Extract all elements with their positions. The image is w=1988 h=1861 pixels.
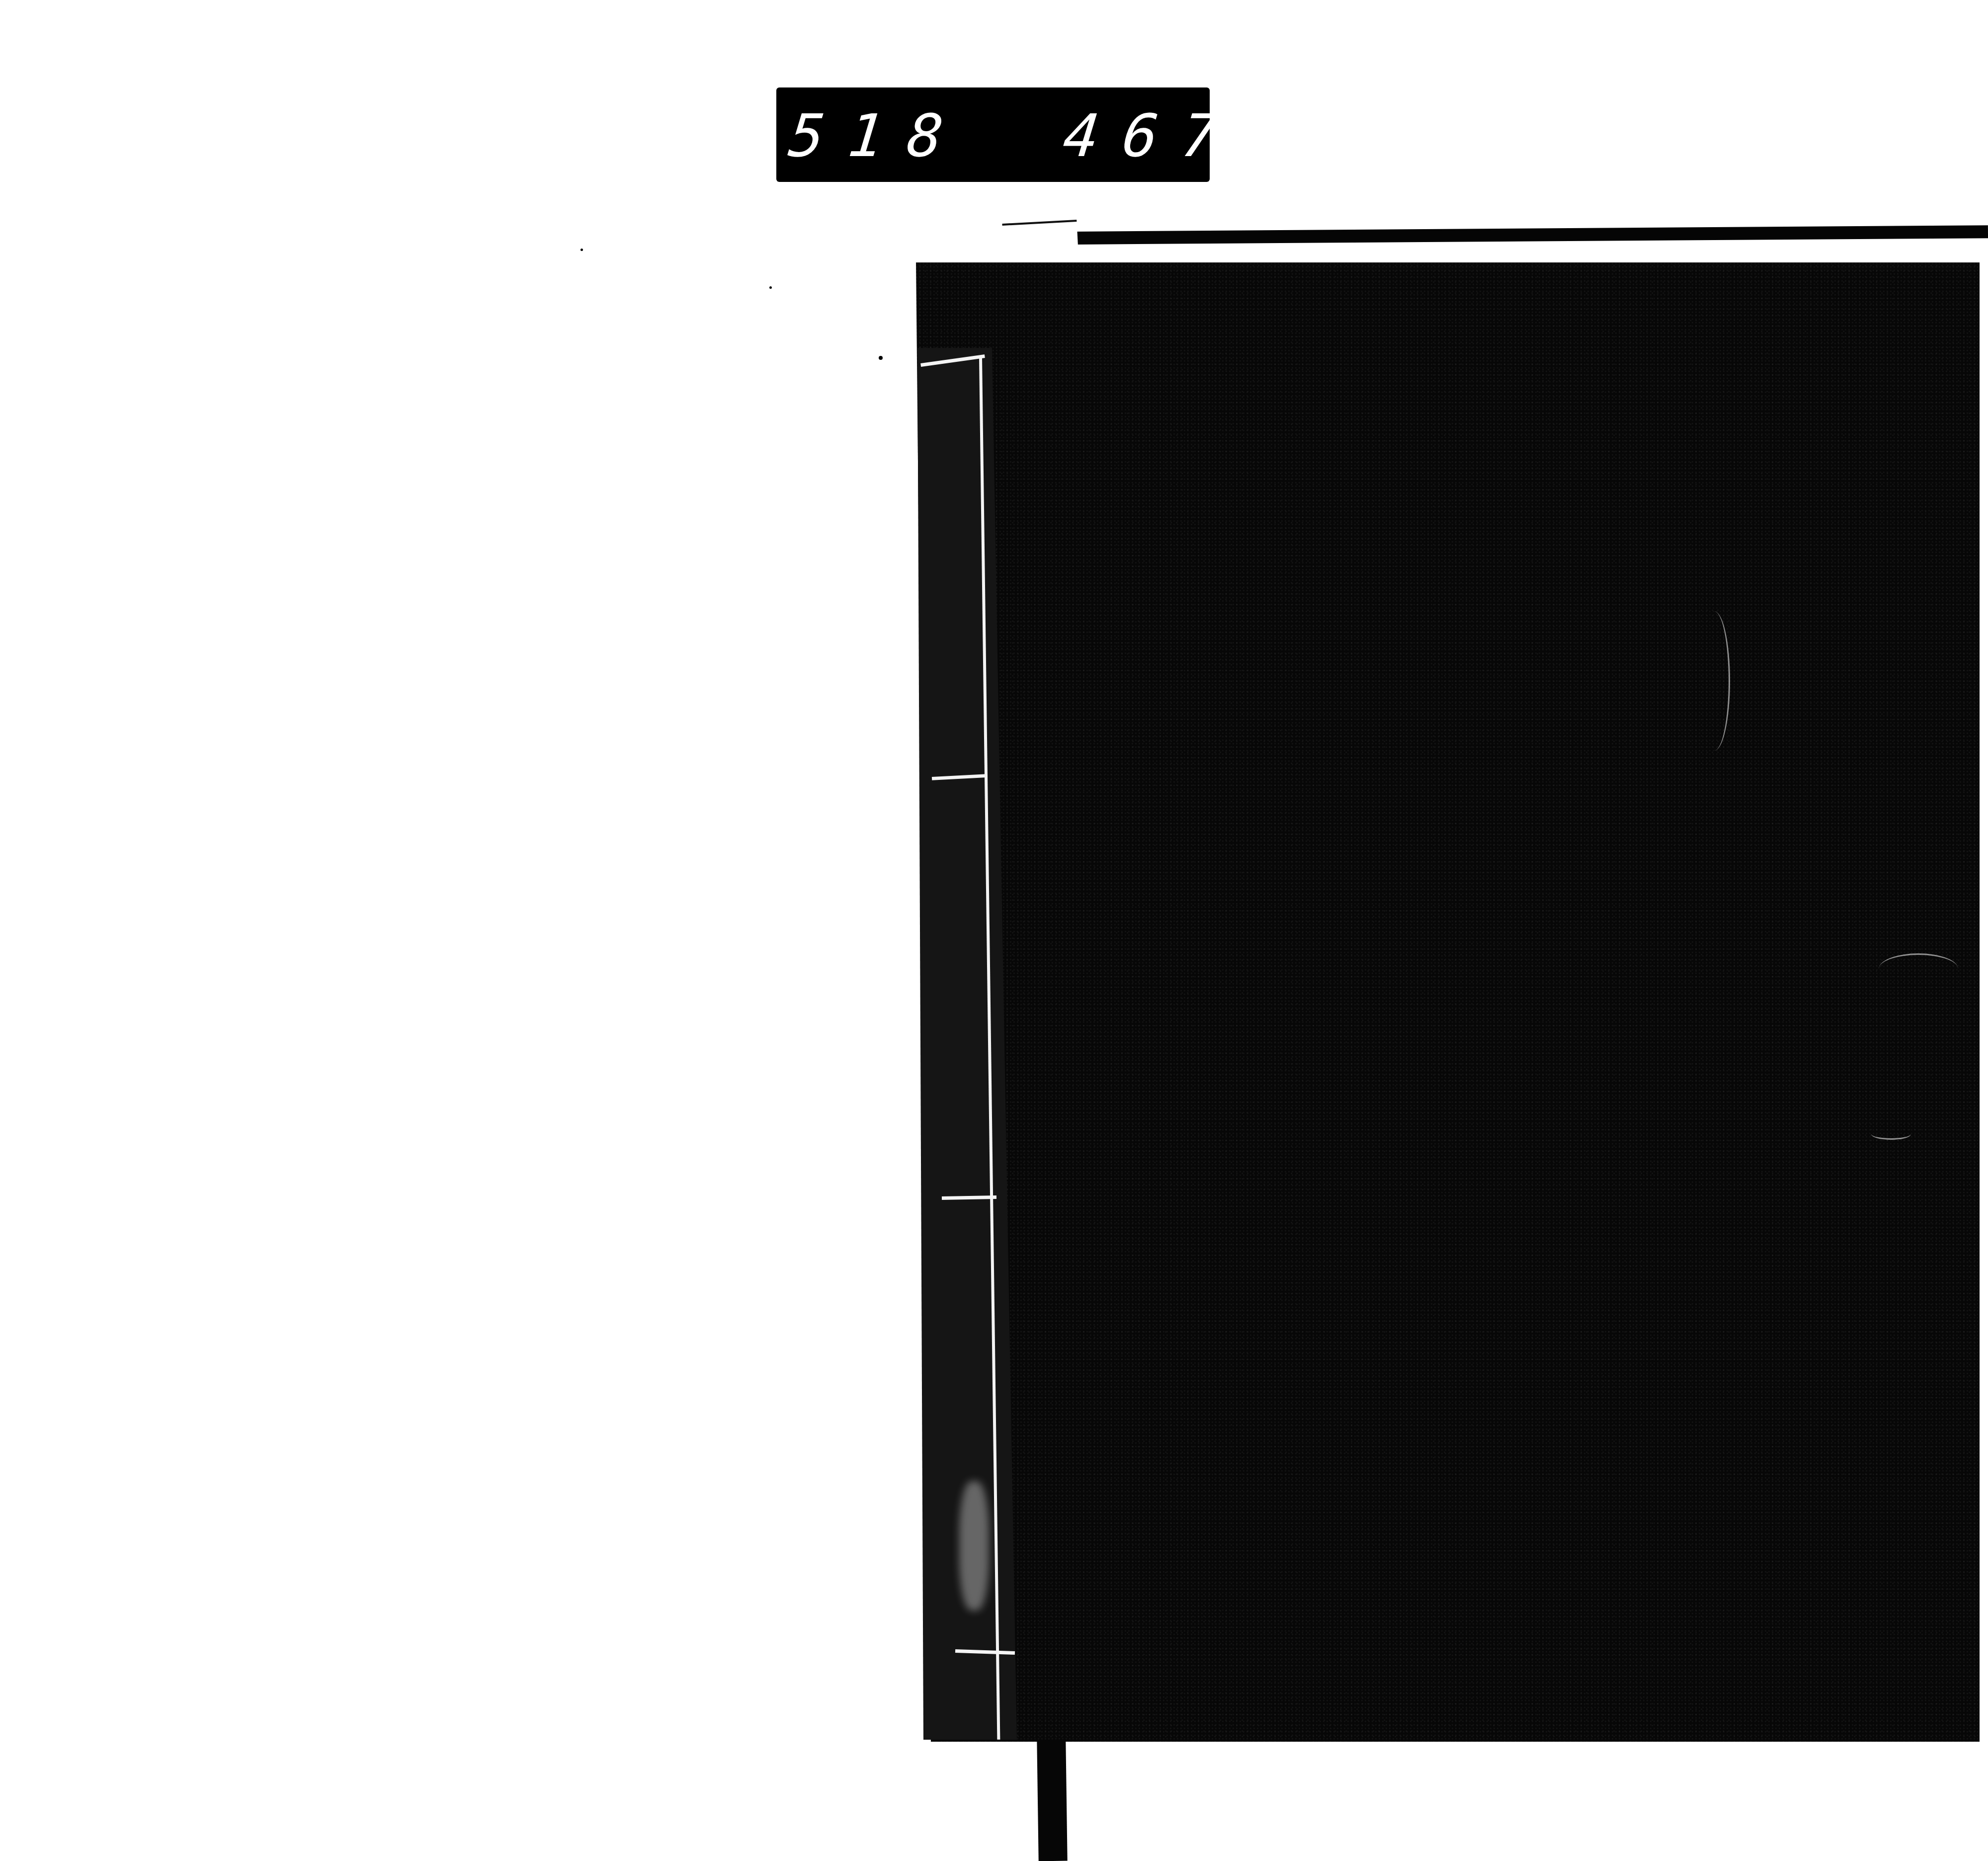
scan-speck (769, 286, 772, 289)
call-number-part-2: 467. (1060, 101, 1304, 170)
scan-speck (879, 356, 883, 360)
call-number-label: 518 467. (776, 87, 1210, 182)
spine-wear-mark (959, 1481, 989, 1610)
call-number-part-1: 518 (786, 101, 971, 170)
scan-speck (580, 249, 583, 251)
bookmark-ribbon (1037, 1740, 1067, 1861)
cover-scratch (1871, 1128, 1911, 1140)
cover-scratch (1699, 611, 1730, 751)
paper-tab (1002, 220, 1078, 255)
cover-scratch (1879, 953, 1958, 985)
back-cover-edge (1074, 225, 1988, 245)
book-cover (916, 262, 1980, 1742)
